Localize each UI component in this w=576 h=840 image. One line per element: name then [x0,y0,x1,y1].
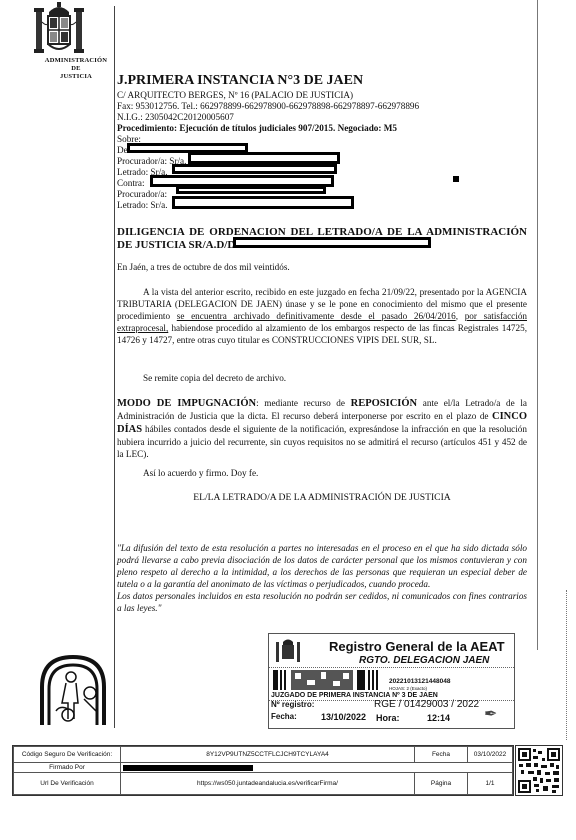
stamp-registro-value: RGE / 01429003 / 2022 [374,699,479,710]
qr-code-icon [515,745,563,796]
paragraph-copy: Se remite copia del decreto de archivo. [117,372,527,384]
redaction [176,186,326,194]
redaction [233,237,431,248]
privacy-text: "La difusión del texto de esta resolució… [117,542,527,590]
signature-icon: ✒ [484,704,497,724]
redaction [188,152,340,164]
redaction [172,196,354,209]
text: habiendose procedido al alzamiento de lo… [117,323,527,345]
stamp-title: Registro General de la AEAT [329,639,505,654]
stamp-registro-label: Nº registro: [271,700,314,709]
margin-rule [114,6,115,728]
court-title: J.PRIMERA INSTANCIA N°3 DE JAEN [117,73,363,89]
pagina-value: 1/1 [468,773,513,795]
verification-table: Código Seguro De Verificación: 8Y12VP9UT… [12,745,514,796]
stamp-hora-value: 12:14 [427,713,450,723]
text-underlined: se encuentra archivado definitivamente d… [177,311,456,321]
junta-andalucia-logo-icon [38,653,108,725]
stamp-subtitle: RGTO. DELEGACION JAEN [359,655,489,666]
text: : mediante recurso de [256,398,351,408]
stamp-hojas: HOJAS: 2 (Exacto) [389,686,427,691]
court-phones: Fax: 953012756. Tel.: 662978899-66297890… [117,101,419,112]
url-value[interactable]: https://ws050.juntadeandalucia.es/verifi… [121,773,415,795]
right-margin-rule [537,0,538,650]
pagina-label: Página [415,773,468,795]
side-marks [566,590,569,740]
closing: Así lo acuerdo y firmo. Doy fe. [117,467,527,479]
privacy-notice: "La difusión del texto de esta resolució… [117,542,527,614]
mark [453,176,459,182]
text-bold: MODO DE IMPUGNACIÓN [117,398,256,409]
paragraph-main: A la vista del anterior escrito, recibid… [117,286,527,346]
fecha-value: 03/10/2022 [468,747,513,763]
stamp-hora-label: Hora: [376,713,400,723]
org-name: ADMINISTRACIÓN DE JUSTICIA [0,57,112,81]
csv-label: Código Seguro De Verificación: [14,747,121,763]
paragraph-impugnacion: MODO DE IMPUGNACIÓN: mediante recurso de… [117,397,527,460]
stamp-court: JUZGADO DE PRIMERA INSTANCIA Nº 3 DE JAE… [271,692,438,699]
text: , [456,311,465,321]
barcode-icon [273,670,383,690]
stamp-fecha-label: Fecha: [271,712,297,721]
redaction [172,164,337,174]
nig: N.I.G.: 2305042C20120005607 [117,112,234,123]
registry-stamp: Registro General de la AEAT RGTO. DELEGA… [268,633,515,729]
coat-of-arms-icon [32,2,86,58]
csv-value: 8Y12VP9UTNZ5CCTFLCJCH9TCYLAYA4 [121,747,415,763]
procedure: Procedimiento: Ejecución de títulos judi… [117,123,397,134]
firmado-label: Firmado Por [14,763,121,773]
org-line: ADMINISTRACIÓN [0,57,112,65]
party-procurador-2: Procurador/a: [117,189,167,200]
text: hábiles contados desde el siguiente de l… [117,424,527,459]
org-line: JUSTICIA [0,73,112,81]
privacy-text: Los datos personales incluidos en esta r… [117,590,527,614]
party-letrado-2: Letrado: Sr/a. [117,200,168,211]
redaction [123,765,253,771]
stamp-code: 20221013121448048 [389,678,450,685]
coat-of-arms-icon [275,637,301,665]
fecha-label: Fecha [415,747,468,763]
party-contra: Contra: [117,178,145,189]
stamp-fecha-value: 13/10/2022 [321,712,366,722]
url-label: Url De Verificación [14,773,121,795]
firmado-value [121,763,513,773]
date-line: En Jaén, a tres de octubre de dos mil ve… [117,261,527,273]
text-bold: REPOSICIÓN [351,398,418,409]
signature-line: EL/LA LETRADO/A DE LA ADMINISTRACIÓN DE … [117,492,527,504]
court-address: C/ ARQUITECTO BERGES, Nº 16 (PALACIO DE … [117,90,353,101]
org-line: DE [0,65,112,73]
